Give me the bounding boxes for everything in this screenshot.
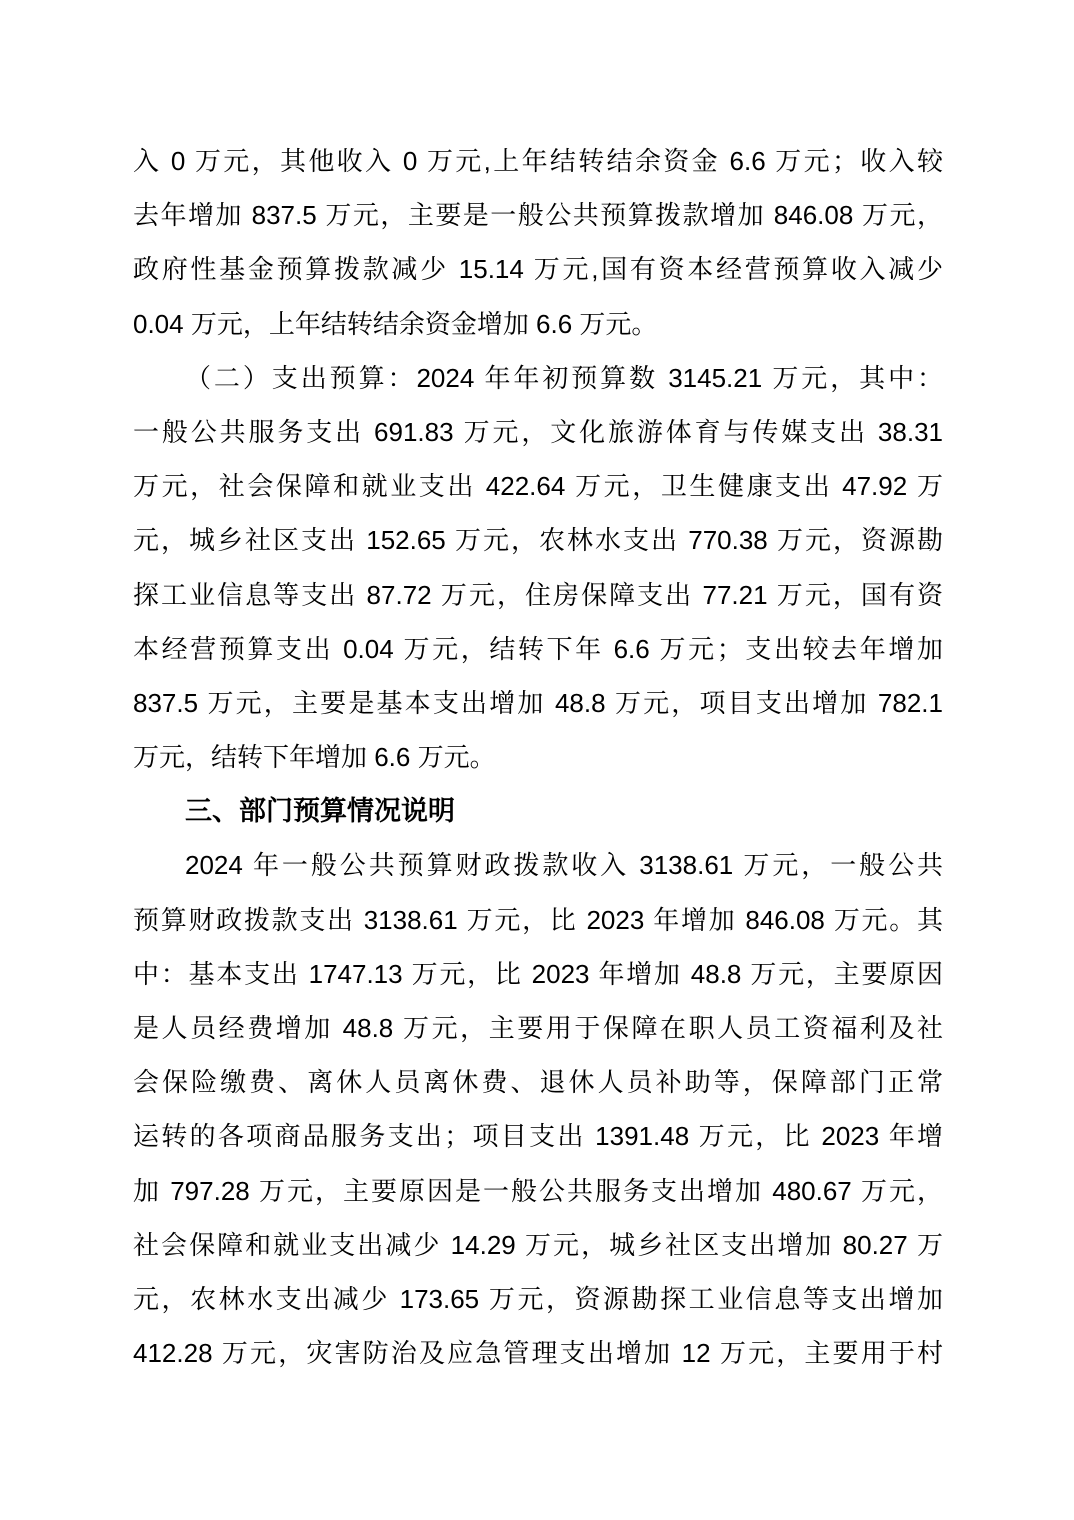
body-line: 探工业信息等支出 87.72 万元，住房保障支出 77.21 万元，国有资 [133,568,943,622]
body-line: 会保险缴费、离休人员离休费、退休人员补助等，保障部门正常 [133,1055,943,1109]
body-line: 万元，社会保障和就业支出 422.64 万元，卫生健康支出 47.92 万 [133,459,943,513]
body-line: 运转的各项商品服务支出；项目支出 1391.48 万元，比 2023 年增 [133,1109,943,1163]
body-line: 社会保障和就业支出减少 14.29 万元，城乡社区支出增加 80.27 万 [133,1218,943,1272]
body-line: 加 797.28 万元，主要原因是一般公共服务支出增加 480.67 万元， [133,1164,943,1218]
body-line: 元，农林水支出减少 173.65 万元，资源勘探工业信息等支出增加 [133,1272,943,1326]
body-line: 是人员经费增加 48.8 万元，主要用于保障在职人员工资福利及社 [133,1001,943,1055]
body-line: 预算财政拨款支出 3138.61 万元，比 2023 年增加 846.08 万元… [133,893,943,947]
body-line: 0.04 万元，上年结转结余资金增加 6.6 万元。 [133,297,943,351]
body-line: 去年增加 837.5 万元，主要是一般公共预算拨款增加 846.08 万元， [133,188,943,242]
body-line: （二）支出预算：2024 年年初预算数 3145.21 万元，其中： [133,351,943,405]
body-line: 万元，结转下年增加 6.6 万元。 [133,730,943,784]
body-line: 元，城乡社区支出 152.65 万元，农林水支出 770.38 万元，资源勘 [133,513,943,567]
body-line: 837.5 万元，主要是基本支出增加 48.8 万元，项目支出增加 782.1 [133,676,943,730]
body-line: 政府性基金预算拨款减少 15.14 万元,国有资本经营预算收入减少 [133,242,943,296]
body-line: 412.28 万元，灾害防治及应急管理支出增加 12 万元，主要用于村 [133,1326,943,1380]
body-line: 本经营预算支出 0.04 万元，结转下年 6.6 万元；支出较去年增加 [133,622,943,676]
body-line: 入 0 万元，其他收入 0 万元,上年结转结余资金 6.6 万元；收入较 [133,134,943,188]
document-page: 入 0 万元，其他收入 0 万元,上年结转结余资金 6.6 万元；收入较 去年增… [0,0,1074,1520]
body-line: 2024 年一般公共预算财政拨款收入 3138.61 万元，一般公共 [133,838,943,892]
body-line: 一般公共服务支出 691.83 万元，文化旅游体育与传媒支出 38.31 [133,405,943,459]
body-line: 中：基本支出 1747.13 万元，比 2023 年增加 48.8 万元，主要原… [133,947,943,1001]
section-heading: 三、部门预算情况说明 [133,784,943,838]
